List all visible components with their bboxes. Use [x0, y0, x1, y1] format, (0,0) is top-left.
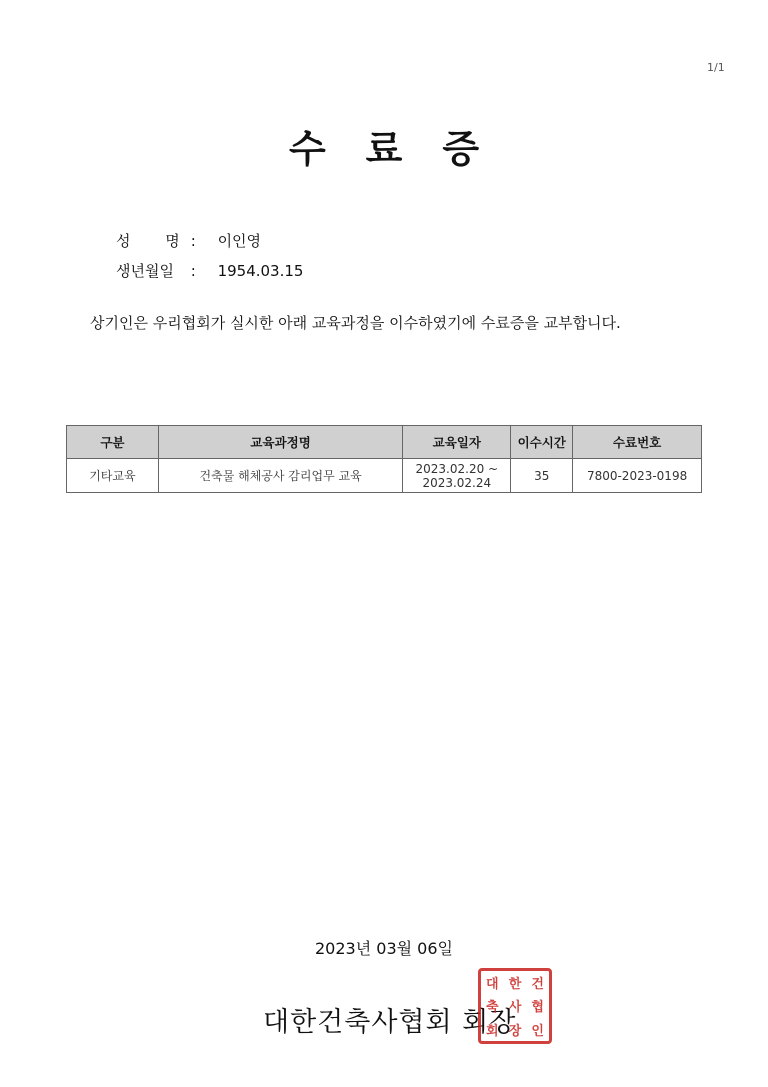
name-value: 이인영	[218, 232, 261, 250]
page-number: 1/1	[707, 61, 725, 74]
header-category: 구분	[67, 426, 159, 459]
colon: :	[191, 232, 213, 250]
seal-char: 한	[504, 973, 527, 992]
name-label: 성 명	[116, 230, 186, 251]
seal-char: 협	[526, 996, 549, 1015]
header-cert-no: 수료번호	[573, 426, 702, 459]
course-table: 구분 교육과정명 교육일자 이수시간 수료번호 기타교육 건축물 해체공사 감리…	[66, 425, 702, 493]
table-header-row: 구분 교육과정명 교육일자 이수시간 수료번호	[67, 426, 702, 459]
seal-char: 회	[481, 1020, 504, 1039]
header-date: 교육일자	[403, 426, 511, 459]
cell-date: 2023.02.20 ~ 2023.02.24	[403, 459, 511, 493]
colon: :	[191, 262, 213, 280]
cell-cert-no: 7800-2023-0198	[573, 459, 702, 493]
cell-hours: 35	[511, 459, 573, 493]
cell-category: 기타교육	[67, 459, 159, 493]
name-row: 성 명 : 이인영	[116, 230, 261, 251]
document-title: 수료증	[0, 118, 768, 173]
certification-statement: 상기인은 우리협회가 실시한 아래 교육과정을 이수하였기에 수료증을 교부합니…	[90, 312, 621, 333]
seal-char: 건	[526, 973, 549, 992]
seal-char: 사	[504, 996, 527, 1015]
official-seal-icon: 대 한 건 축 사 협 회 장 인	[478, 968, 552, 1044]
birth-value: 1954.03.15	[218, 262, 304, 280]
cell-course: 건축물 해체공사 감리업무 교육	[158, 459, 403, 493]
header-course: 교육과정명	[158, 426, 403, 459]
date-start: 2023.02.20 ~	[404, 462, 509, 476]
issue-date: 2023년 03월 06일	[0, 936, 768, 959]
birth-label: 생년월일	[116, 260, 186, 281]
birth-row: 생년월일 : 1954.03.15	[116, 260, 303, 281]
seal-char: 인	[526, 1020, 549, 1039]
date-end: 2023.02.24	[404, 476, 509, 490]
seal-char: 축	[481, 996, 504, 1015]
header-hours: 이수시간	[511, 426, 573, 459]
seal-char: 장	[504, 1020, 527, 1039]
table-row: 기타교육 건축물 해체공사 감리업무 교육 2023.02.20 ~ 2023.…	[67, 459, 702, 493]
seal-char: 대	[481, 973, 504, 992]
